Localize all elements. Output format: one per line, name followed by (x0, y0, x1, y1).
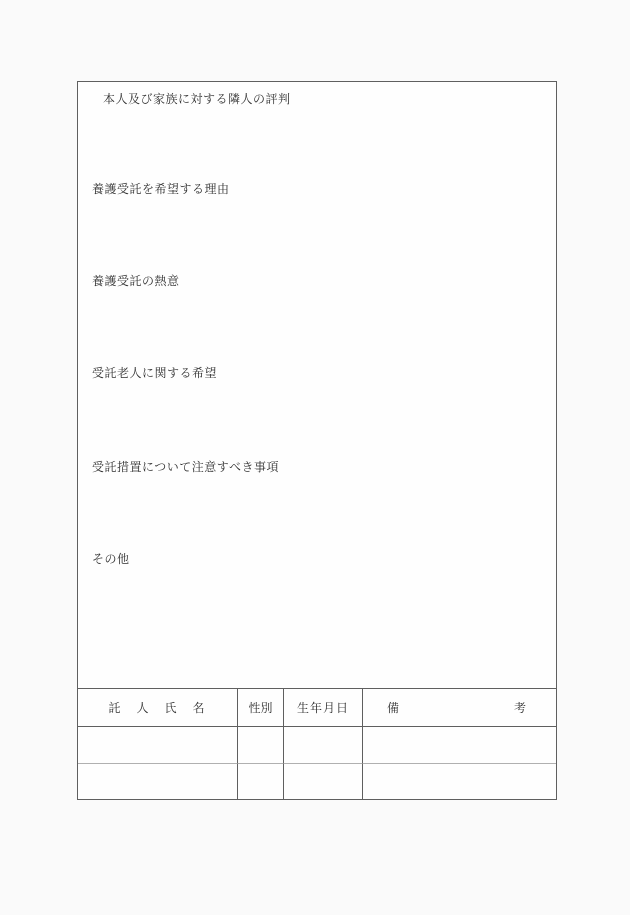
section-label-other: その他 (92, 552, 130, 566)
table-cell-name-row1 (78, 726, 237, 763)
table-cell-birthdate-row1 (283, 726, 362, 763)
remarks-header-left-char: 備 (387, 699, 399, 716)
section-label-entrustment-cautions: 受託措置について注意すべき事項 (92, 460, 279, 474)
column-header-birthdate: 生年月日 (283, 689, 362, 726)
entrusted-persons-table: 託 人 氏 名 性別 生年月日 備 考 (78, 688, 556, 799)
column-header-remarks: 備 考 (362, 689, 556, 726)
table-cell-remarks-row2 (362, 763, 556, 800)
table-cell-birthdate-row2 (283, 763, 362, 800)
remarks-header-right-char: 考 (514, 699, 526, 716)
table-cell-remarks-row1 (362, 726, 556, 763)
column-header-sex: 性別 (237, 689, 283, 726)
section-label-reason-for-fostering: 養護受託を希望する理由 (92, 182, 230, 196)
section-label-fostering-enthusiasm: 養護受託の熱意 (92, 274, 180, 288)
section-label-wishes-regarding-elderly: 受託老人に関する希望 (92, 366, 217, 380)
section-label-neighbors-reputation: 本人及び家族に対する隣人の評判 (103, 92, 291, 106)
table-cell-name-row2 (78, 763, 237, 800)
table-cell-sex-row2 (237, 763, 283, 800)
document-page: 本人及び家族に対する隣人の評判 養護受託を希望する理由 養護受託の熱意 受託老人… (0, 0, 630, 915)
column-header-entrusted-person-name: 託 人 氏 名 (78, 689, 237, 726)
table-cell-sex-row1 (237, 726, 283, 763)
form-outline: 本人及び家族に対する隣人の評判 養護受託を希望する理由 養護受託の熱意 受託老人… (77, 81, 557, 800)
